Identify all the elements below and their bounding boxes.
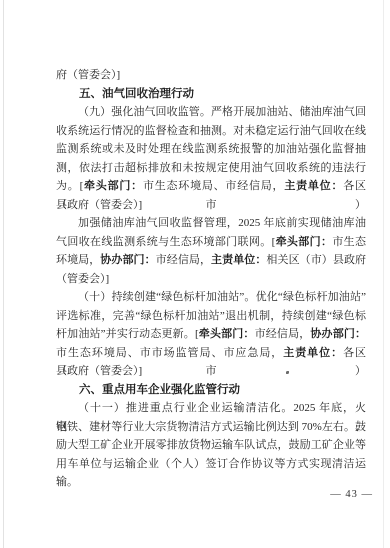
text-run: （九）强化油气回收监管。严格开展加油站、储油库油气回: [78, 106, 366, 118]
text-line: 收系统运行情况的监督检查和抽测。对未稳定运行油气回收在线: [56, 122, 366, 141]
section-heading: 五、油气回收治理行动: [56, 85, 366, 104]
text-run: 收系统运行情况的监督检查和抽测。对未稳定运行油气回收在线: [56, 125, 366, 137]
text-run: 加强储油库油气回收监督管理，2025 年底前实现储油库油: [78, 217, 366, 229]
page-number: — 43 —: [330, 489, 373, 500]
text-line: 评选标准，完善“绿色标杆加油站”退出机制，持续创建“绿色标: [56, 307, 366, 326]
text-line: 监测系统或未及时处理在线监测系统报警的加油站强化监督抽: [56, 140, 366, 159]
section-heading: 六、重点用车企业强化监管行动: [56, 381, 366, 400]
text-line: （九）强化油气回收监管。严格开展加油站、储油库油气回: [56, 103, 366, 122]
text-line: 环境局，协办部门：市经信局，主责单位：相关区（市）县政府: [56, 251, 366, 270]
text-run: 用车单位与运输企业（个人）签订合作协议等方式实现清洁运输。: [56, 458, 366, 489]
text-run: 府（管委会）]: [56, 69, 120, 81]
bold-run: 协办部门：: [310, 328, 366, 340]
text-run: 评选标准，完善“绿色标杆加油站”退出机制，持续创建“绿色标: [56, 310, 366, 322]
bold-run: 主责单位：: [284, 180, 343, 192]
scan-speck: [286, 371, 289, 374]
text-run: 环境局，: [56, 254, 100, 266]
text-run: 测，依法打击超标排放和未按规定使用油气回收系统的违法行: [56, 162, 366, 174]
text-run: 六、重点用车企业强化监管行动: [79, 384, 240, 396]
text-line: 测，依法打击超标排放和未按规定使用油气回收系统的违法行: [56, 159, 366, 178]
text-run: 相关区（市）县政府: [266, 254, 366, 266]
text-run: 气回收在线监测系统与生态环境部门联网。[: [56, 236, 275, 248]
page-edge-line-right: [383, 0, 384, 548]
text-run: 杆加油站”并实行动态更新。[: [56, 328, 199, 340]
bold-run: 主责单位：: [283, 347, 343, 359]
text-line: （管委会）]: [56, 270, 366, 289]
text-line: 市生态环境局、市市场监管局、市应急局，主责单位：各区（市）: [56, 344, 366, 363]
text-line: 钢铁、建材等行业大宗货物清洁方式运输比例达到 70%左右。鼓: [56, 418, 366, 437]
document-page: 府（管委会）]五、油气回收治理行动（九）强化油气回收监管。严格开展加油站、储油库…: [0, 0, 390, 548]
text-line: （十一）推进重点行业企业运输清洁化。2025 年底，火电、: [56, 399, 366, 418]
text-line: 杆加油站”并实行动态更新。[牵头部门：市经信局，协办部门：: [56, 325, 366, 344]
text-run: 为。[: [56, 180, 83, 192]
bold-run: 牵头部门：: [83, 180, 143, 192]
text-run: 市生态: [332, 236, 366, 248]
text-line: 府（管委会）]: [56, 66, 366, 85]
text-run: 监测系统或未及时处理在线监测系统报警的加油站强化监督抽: [56, 143, 366, 155]
text-run: 市经信局，: [156, 254, 211, 266]
document-body: 府（管委会）]五、油气回收治理行动（九）强化油气回收监管。严格开展加油站、储油库…: [56, 66, 366, 473]
text-line: 励大型工矿企业开展零排放货物运输车队试点，鼓励工矿企业等: [56, 436, 366, 455]
text-run: 市生态环境局、市市场监管局、市应急局，: [56, 347, 283, 359]
text-line: 气回收在线监测系统与生态环境部门联网。[牵头部门：市生态: [56, 233, 366, 252]
bold-run: 主责单位：: [211, 254, 266, 266]
bold-run: 牵头部门：: [275, 236, 332, 248]
text-line: 用车单位与运输企业（个人）签订合作协议等方式实现清洁运输。: [56, 455, 366, 474]
text-run: （管委会）]: [56, 273, 109, 285]
text-run: 钢铁、建材等行业大宗货物清洁方式运输比例达到 70%左右。鼓: [56, 421, 366, 433]
text-line: （十）持续创建“绿色标杆加油站”。优化“绿色标杆加油站”: [56, 288, 366, 307]
text-run: 县政府（管委会）]: [56, 365, 142, 377]
page-edge-line-left: [3, 0, 4, 548]
text-line: 加强储油库油气回收监督管理，2025 年底前实现储油库油: [56, 214, 366, 233]
text-run: 励大型工矿企业开展零排放货物运输车队试点，鼓励工矿企业等: [56, 439, 366, 451]
text-run: 五、油气回收治理行动: [79, 88, 194, 100]
bold-run: 牵头部门：: [199, 328, 255, 340]
text-run: 市生态环境局、市经信局，: [143, 180, 284, 192]
bold-run: 协办部门：: [100, 254, 155, 266]
text-run: （十）持续创建“绿色标杆加油站”。优化“绿色标杆加油站”: [78, 291, 366, 303]
text-run: 县政府（管委会）]: [56, 199, 142, 211]
text-run: 市经信局，: [255, 328, 311, 340]
text-line: 为。[牵头部门：市生态环境局、市经信局，主责单位：各区（市）: [56, 177, 366, 196]
